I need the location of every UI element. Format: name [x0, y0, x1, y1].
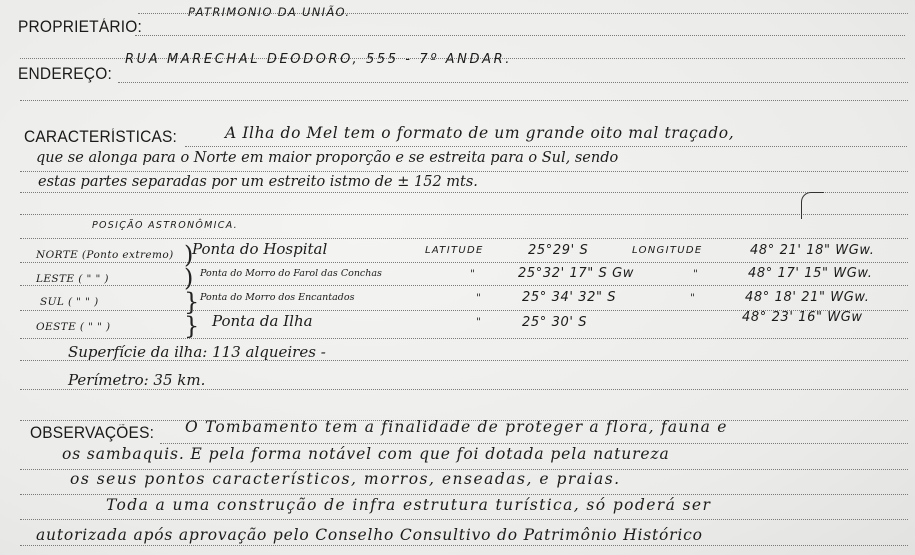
posicao-latitude: 25°29' S: [528, 243, 588, 258]
superficie: Superfície da ilha: 113 alqueires -: [68, 343, 326, 361]
ruled-line: [118, 82, 908, 83]
ruled-line: [20, 171, 908, 172]
posicao-latitude: 25° 30' S: [522, 315, 587, 330]
proprietario-label: PROPRIETÁRIO:: [18, 19, 142, 38]
observacoes-line-5: autorizada após aprovação pelo Conselho …: [36, 526, 703, 544]
posicao-longitude: 48° 18' 21" WGw.: [745, 290, 870, 305]
ruled-line: [135, 35, 905, 36]
ruled-line: [185, 146, 907, 147]
ruled-line: [20, 214, 908, 215]
posicao-place: Ponta do Morro do Farol das Conchas: [200, 268, 382, 279]
observacoes-line-4: Toda a uma construção de infra estrutura…: [106, 496, 711, 514]
scanned-form-page: PROPRIETÁRIO: PATRIMONIO DA UNIÃO. ENDER…: [0, 0, 915, 555]
handwritten-mark: [801, 192, 824, 219]
observacoes-line-2: os sambaquis. E pela forma notável com q…: [62, 445, 670, 463]
proprietario-value: PATRIMONIO DA UNIÃO.: [188, 5, 350, 19]
caracteristicas-line-3: estas partes separadas por um estreito i…: [38, 174, 478, 190]
ruled-line: [20, 100, 908, 101]
endereco-label: ENDEREÇO:: [18, 66, 112, 85]
ruled-line: [160, 443, 908, 444]
brace: ): [184, 266, 193, 290]
posicao-latitude: 25° 34' 32" S: [522, 290, 616, 305]
brace: }: [184, 290, 199, 314]
posicao-lat-label: ": [470, 268, 475, 280]
posicao-longitude: 48° 21' 18" WGw.: [750, 243, 875, 258]
posicao-latitude: 25°32' 17" S Gw: [518, 266, 634, 281]
posicao-longitude: 48° 23' 16" WGw: [742, 310, 863, 325]
ruled-line: [20, 238, 908, 239]
brace: }: [184, 314, 199, 338]
observacoes-label: OBSERVAÇÕES:: [30, 425, 154, 444]
observacoes-line-3: os seus pontos característicos, morros, …: [70, 470, 621, 488]
endereco-value: RUA MARECHAL DEODORO, 555 - 7º ANDAR.: [125, 52, 512, 67]
posicao-astronomica-heading: POSIÇÃO ASTRONÔMICA.: [92, 220, 238, 231]
ruled-line: [20, 338, 908, 339]
perimetro: Perímetro: 35 km.: [68, 371, 205, 389]
posicao-direction: NORTE (Ponto extremo): [36, 249, 174, 261]
posicao-lon-label: LONGITUDE: [632, 245, 702, 256]
ruled-line: [20, 192, 908, 193]
ruled-line: [20, 545, 908, 546]
posicao-place: Ponta do Hospital: [192, 240, 327, 258]
ruled-line: [20, 262, 908, 263]
posicao-lon-label: ": [690, 292, 695, 304]
caracteristicas-line-2: que se alonga para o Norte em maior prop…: [36, 150, 618, 166]
caracteristicas-line-1: A Ilha do Mel tem o formato de um grande…: [225, 124, 734, 142]
ruled-line: [20, 389, 908, 390]
posicao-lat-label: ": [476, 316, 481, 328]
posicao-direction: SUL ( " " ): [40, 296, 99, 308]
posicao-place: Ponta da Ilha: [212, 312, 313, 330]
ruled-line: [20, 519, 908, 520]
posicao-direction: OESTE ( " " ): [36, 321, 111, 333]
posicao-longitude: 48° 17' 15" WGw.: [748, 266, 873, 281]
ruled-line: [20, 494, 908, 495]
caracteristicas-label: CARACTERÍSTICAS:: [24, 129, 177, 148]
posicao-lat-label: ": [476, 292, 481, 304]
posicao-place: Ponta do Morro dos Encantados: [200, 292, 354, 303]
observacoes-line-1: O Tombamento tem a finalidade de protege…: [185, 418, 728, 436]
posicao-lat-label: LATITUDE: [425, 245, 484, 256]
posicao-direction: LESTE ( " " ): [36, 273, 109, 285]
ruled-line: [20, 285, 908, 286]
posicao-lon-label: ": [693, 268, 698, 280]
